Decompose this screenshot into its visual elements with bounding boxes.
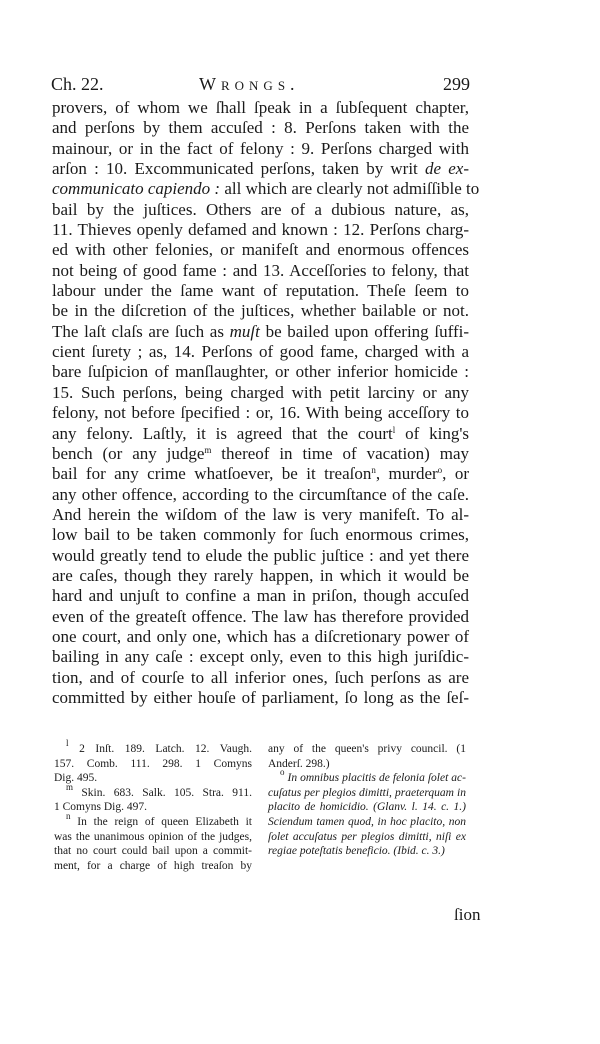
text-line: any felony. Laſtly, it is agreed that th… (52, 424, 469, 444)
text-line: 15. Such perſons, being charged with pet… (52, 383, 469, 403)
text-line: And herein the wiſdom of the law is very… (52, 505, 469, 525)
footnote-line: m Skin. 683. Salk. 105. Stra. 911. (54, 786, 252, 801)
text-span: of king's (395, 424, 469, 443)
footnote-line: cuſatus per plegios dimitti, praeterquam… (268, 786, 466, 801)
footnote-line: that no court could bail upon a commit- (54, 844, 252, 859)
text-span: , murder (376, 464, 438, 483)
text-line: communicato capiendo : all which are cle… (52, 179, 469, 199)
footnote-line: o In omnibus placitis de felonia ſolet a… (268, 771, 466, 786)
footnote-line: n In the reign of queen Elizabeth it (54, 815, 252, 830)
text-line: felony, not before ſpecified : or, 16. W… (52, 403, 469, 423)
footnote-line: any of the queen's privy council. (1 (268, 742, 466, 757)
text-span: bench (or any judge (52, 444, 204, 463)
text-line: arſon : 10. Excommunicated perſons, take… (52, 159, 469, 179)
text-line: bailing in any caſe : except only, even … (52, 647, 469, 667)
text-line: tion, and of courſe to all inferior ones… (52, 668, 469, 688)
footnote-line: regiae poteſtatis beneficio. (Ibid. c. 3… (268, 844, 466, 859)
footnote-line: 157. Comb. 111. 298. 1 Comyns (54, 757, 252, 772)
text-line: labour under the ſame want of reputation… (52, 281, 469, 301)
footnote-text: 2 Inſt. 189. Latch. 12. Vaugh. (69, 743, 252, 755)
text-line: not being of good fame : and 13. Acceſſo… (52, 261, 469, 281)
footnote-line: placito de homicidio. (Glanv. l. 14. c. … (268, 800, 466, 815)
footnote-mark: m (66, 782, 73, 792)
footnote-text: cuſatus per plegios dimitti, praeterquam… (268, 787, 466, 799)
footnote-text: regiae poteſtatis beneficio. (Ibid. c. 3… (268, 845, 445, 857)
text-line: bail by the juſtices. Others are of a du… (52, 200, 469, 220)
text-line: would greatly tend to elude the public j… (52, 546, 469, 566)
footnote-line: 1 Comyns Dig. 497. (54, 800, 252, 815)
text-span: any felony. Laſtly, it is agreed that th… (52, 424, 393, 443)
text-line: hard and unjuſt to confine a man in priſ… (52, 586, 469, 606)
page-number: 299 (443, 74, 470, 95)
book-page: Ch. 22. Wrongs. 299 provers, of whom we … (0, 0, 600, 1044)
footnote-line: ment, for a charge of high treaſon by (54, 859, 252, 874)
text-line: and perſons by them accuſed : 8. Perſons… (52, 118, 469, 138)
text-span: thereof in time of vacation) may (211, 444, 469, 463)
footnote-line: Anderſ. 298.) (268, 757, 466, 772)
footnote-text: placito de homicidio. (Glanv. l. 14. c. … (268, 801, 466, 813)
body-text: provers, of whom we ſhall ſpeak in a ſub… (52, 98, 469, 708)
chapter-label: Ch. 22. (51, 74, 104, 95)
footnote-line: Sciendum tamen quod, in hoc placito, non (268, 815, 466, 830)
text-line: 11. Thieves openly defamed and known : 1… (52, 220, 469, 240)
text-span: The laſt claſs are ſuch as (52, 322, 230, 341)
footnotes-left-column: l 2 Inſt. 189. Latch. 12. Vaugh. 157. Co… (54, 742, 252, 873)
text-line: The laſt claſs are ſuch as muſt be baile… (52, 322, 469, 342)
italic-latin: communicato capiendo : (52, 179, 220, 198)
text-line: bare ſuſpicion of manſlaughter, or other… (52, 362, 469, 382)
text-span: bail for any crime whatſoever, be it tre… (52, 464, 371, 483)
text-line: bail for any crime whatſoever, be it tre… (52, 464, 469, 484)
text-line: even of the greateſt offence. The law ha… (52, 607, 469, 627)
footnote-text: In omnibus placitis de felonia ſolet ac- (285, 772, 467, 784)
footnote-text: Sciendum tamen quod, in hoc placito, non (268, 816, 466, 828)
footnote-line: l 2 Inſt. 189. Latch. 12. Vaugh. (54, 742, 252, 757)
catchword: ſion (454, 905, 480, 925)
footnotes-right-column: any of the queen's privy council. (1 And… (268, 742, 466, 859)
footnote-text: ſolet accuſatus per plegios dimitti, niſ… (268, 831, 466, 843)
italic-emphasis: muſt (230, 322, 260, 341)
text-span: be bailed upon offering ſuffi- (260, 322, 469, 341)
running-head: Ch. 22. Wrongs. 299 (51, 74, 470, 98)
text-line: mainour, or in the fact of felony : 9. P… (52, 139, 469, 159)
text-line: are caſes, though they rarely happen, in… (52, 566, 469, 586)
text-line: be in the diſcretion of the juſtices, wh… (52, 301, 469, 321)
footnote-line: was the unanimous opinion of the judges, (54, 830, 252, 845)
text-line: committed by either houſe of parliament,… (52, 688, 469, 708)
text-line: provers, of whom we ſhall ſpeak in a ſub… (52, 98, 469, 118)
text-line: ed with other felonies, or manifeſt and … (52, 240, 469, 260)
running-title: Wrongs. (199, 74, 300, 95)
text-line: any other offence, according to the circ… (52, 485, 469, 505)
text-line: cient ſurety ; as, 14. Perſons of good f… (52, 342, 469, 362)
footnote-line: ſolet accuſatus per plegios dimitti, niſ… (268, 830, 466, 845)
footnote-line: Dig. 495. (54, 771, 252, 786)
footnote-text: Skin. 683. Salk. 105. Stra. 911. (73, 787, 252, 799)
text-span: all which are clearly not admiſſible to (224, 179, 479, 198)
text-line: one court, and only one, which has a diſ… (52, 627, 469, 647)
text-span: arſon : 10. Excommunicated perſons, take… (52, 159, 425, 178)
footnote-text: In the reign of queen Elizabeth it (71, 816, 253, 828)
text-line: bench (or any judgem thereof in time of … (52, 444, 469, 464)
text-span: , or (442, 464, 469, 483)
text-line: low bail to be taken commonly for ſuch e… (52, 525, 469, 545)
italic-latin: de ex- (425, 159, 469, 178)
